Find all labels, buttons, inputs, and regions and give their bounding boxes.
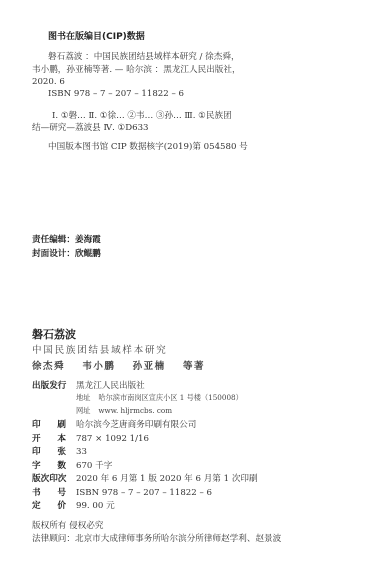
label-char: 本 <box>57 432 66 444</box>
address-row: 地址哈尔滨市南岗区宣庆小区 1 号楼（150008） <box>76 393 243 403</box>
cover-name: 欣鲲鹏 <box>75 249 101 259</box>
label-char: 价 <box>57 499 66 511</box>
author-2: 韦小鹏 <box>82 358 115 372</box>
editor-label: 责任编辑： <box>32 235 75 245</box>
label-char: 书 <box>32 486 41 498</box>
wordcount-row: 字数670 千字 <box>32 459 112 471</box>
cip-line-authors: 韦小鹏，孙亚楠等著. — 哈尔滨 ：黑龙江人民出版社， <box>32 64 241 76</box>
author-1: 徐杰舜 <box>32 358 65 372</box>
cip-line-title: 磐石荔波 ：中国民族团结县域样本研究 / 徐杰舜， <box>48 51 240 63</box>
price-row: 定价99. 00 元 <box>32 499 115 511</box>
isbn-value: ISBN 978 – 7 – 207 – 11822 – 6 <box>76 488 212 498</box>
label-char: 号 <box>57 486 66 498</box>
printer-row: 印刷哈尔滨今芝唐商务印刷有限公司 <box>32 418 196 430</box>
responsible-editor: 责任编辑：姜海霞 <box>32 233 101 245</box>
wordcount-value: 670 千字 <box>76 461 112 471</box>
edition-row: 版次印次2020 年 6 月第 1 版 2020 年 6 月第 1 次印刷 <box>32 472 258 484</box>
copyright-notice: 版权所有 侵权必究 <box>32 519 103 531</box>
publisher-value: 黑龙江人民出版社 <box>76 381 145 391</box>
address-value: 哈尔滨市南岗区宣庆小区 1 号楼（150008） <box>98 393 242 402</box>
counsel-label: 法律顾问： <box>32 534 75 544</box>
cover-label: 封面设计： <box>32 249 75 259</box>
book-title: 磐石荔波 <box>32 326 76 342</box>
sheets-row: 印张33 <box>32 445 87 457</box>
address-label: 地址 <box>76 393 90 402</box>
cip-record-number: 中国版本图书馆 CIP 数据核字(2019)第 054580 号 <box>48 141 248 153</box>
printer-value: 哈尔滨今芝唐商务印刷有限公司 <box>76 420 196 430</box>
cip-classification-2: 结—研究—荔波县 Ⅳ. ①D633 <box>32 122 149 134</box>
label-char: 张 <box>57 445 66 457</box>
legal-counsel: 法律顾问：北京市大成律师事务所哈尔滨分所律师赵学利、赵景波 <box>32 532 281 544</box>
publisher-row: 出版发行黑龙江人民出版社 <box>32 379 145 391</box>
label-char: 字 <box>32 459 41 471</box>
label-char: 刷 <box>57 418 66 430</box>
book-authors: 徐杰舜 韦小鹏 孙亚楠 等著 <box>32 358 219 372</box>
label-char: 定 <box>32 499 41 511</box>
author-3: 孙亚楠 <box>133 358 166 372</box>
label-char: 印 <box>32 445 41 457</box>
label-char: 数 <box>57 459 66 471</box>
book-subtitle: 中国民族团结县域样本研究 <box>32 342 168 356</box>
edition-value: 2020 年 6 月第 1 版 2020 年 6 月第 1 次印刷 <box>76 474 258 484</box>
editor-name: 姜海霞 <box>75 235 101 245</box>
cip-heading: 图书在版编目(CIP)数据 <box>48 29 145 42</box>
label-char: 印 <box>32 418 41 430</box>
website-value: www. hljrmcbs. com <box>98 406 172 415</box>
price-value: 99. 00 元 <box>76 501 115 511</box>
website-label: 网址 <box>76 406 90 415</box>
publisher-label: 出版发行 <box>32 379 76 391</box>
author-suffix: 等著 <box>183 358 205 372</box>
label-char: 开 <box>32 432 41 444</box>
counsel-value: 北京市大成律师事务所哈尔滨分所律师赵学利、赵景波 <box>75 534 281 544</box>
format-row: 开本787 × 1092 1/16 <box>32 432 149 444</box>
edition-label: 版次印次 <box>32 472 76 484</box>
cover-designer: 封面设计：欣鲲鹏 <box>32 247 101 259</box>
cip-classification-1: Ⅰ. ①磐… Ⅱ. ①徐… ②韦… ③孙… Ⅲ. ①民族团 <box>52 110 232 122</box>
website-row: 网址www. hljrmcbs. com <box>76 406 172 416</box>
isbn-row: 书号ISBN 978 – 7 – 207 – 11822 – 6 <box>32 486 212 498</box>
format-value: 787 × 1092 1/16 <box>76 434 149 444</box>
cip-line-isbn: ISBN 978 – 7 – 207 – 11822 – 6 <box>48 88 184 100</box>
sheets-value: 33 <box>76 447 87 457</box>
cip-line-date: 2020. 6 <box>32 76 65 88</box>
